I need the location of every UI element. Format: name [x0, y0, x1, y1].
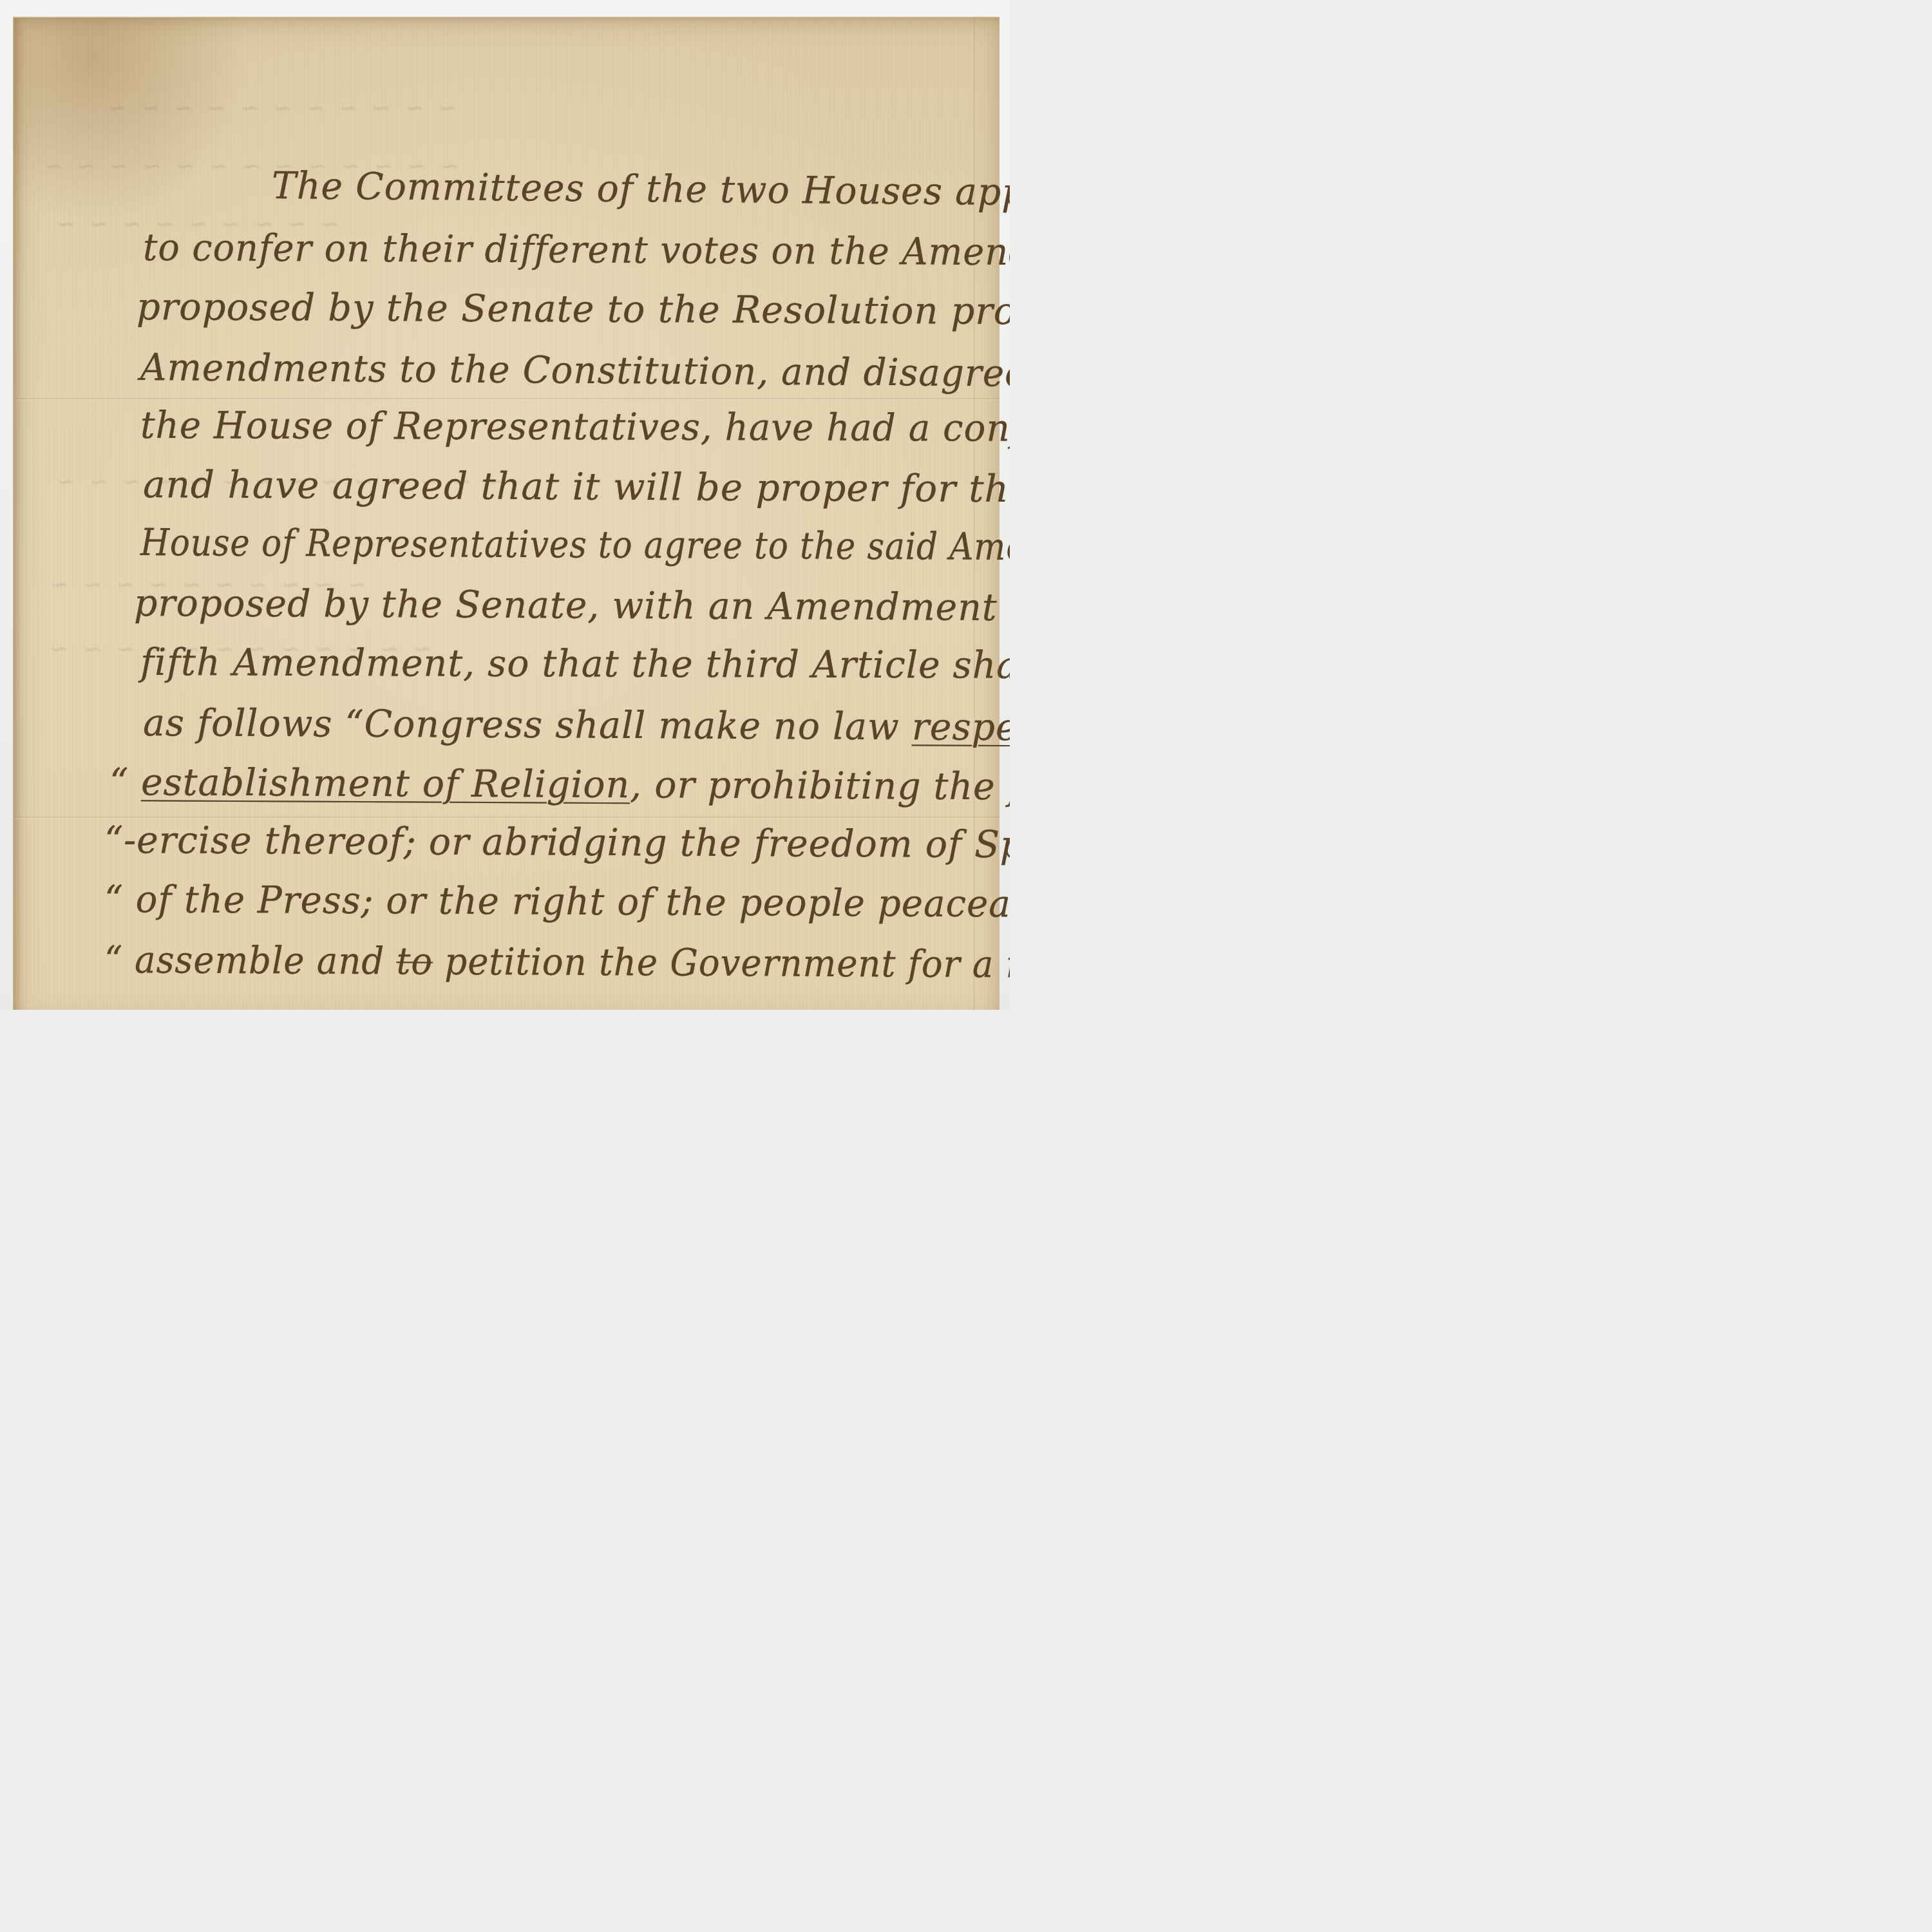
line-text: House of Representatives to agree to the…: [140, 520, 1010, 569]
margin-quote-mark: “: [109, 760, 129, 804]
margin-quote-mark: “: [104, 877, 124, 921]
manuscript-line: and have agreed that it will be proper f…: [143, 462, 1010, 511]
manuscript-line: the House of Representatives, have had a…: [140, 403, 1010, 451]
margin-quote-mark: “: [104, 818, 124, 862]
line-text: , or prohibiting the free ex-: [630, 762, 1010, 809]
line-text: as follows “Congress shall make no law: [143, 701, 912, 748]
manuscript-line: The Committees of the two Houses appoint…: [272, 164, 1010, 215]
manuscript-line: “ assemble and to petition the Governmen…: [104, 938, 1010, 987]
line-text: and have agreed that it will be proper f…: [143, 462, 1010, 511]
manuscript-line: as follows “Congress shall make no law r…: [143, 701, 1010, 750]
line-text: to confer on their different votes on th…: [143, 225, 1010, 274]
struck-text: to: [396, 939, 433, 983]
line-text: of the Press; or the right of the people…: [135, 877, 1010, 926]
manuscript-page: ~ ~ ~ ~ ~ ~ ~ ~ ~ ~ ~ ~ ~ ~ ~ ~ ~ ~ ~ ~ …: [13, 17, 999, 1010]
manuscript-line: “ of the Press; or the right of the peop…: [104, 877, 1010, 926]
manuscript-line: House of Representatives to agree to the…: [140, 520, 1010, 569]
line-text: The Committees of the two Houses appoint…: [272, 164, 1010, 215]
line-text: -ercise thereof; or abridging the freedo…: [124, 818, 1010, 867]
line-text: proposed by the Senate, with an Amendmen…: [134, 581, 1010, 630]
margin-quote-mark: “: [104, 938, 123, 981]
manuscript-line: proposed by the Senate, with an Amendmen…: [134, 581, 1010, 630]
underlined-text: respecting an: [912, 705, 1010, 750]
line-text: fifth Amendment, so that the third Artic…: [140, 640, 1010, 687]
manuscript-line: to confer on their different votes on th…: [143, 225, 1010, 274]
line-text: proposed by the Senate to the Resolution…: [137, 285, 1010, 334]
manuscript-text: The Committees of the two Houses appoint…: [14, 18, 999, 1010]
line-text: the House of Representatives, have had a…: [140, 403, 1010, 451]
manuscript-line: fifth Amendment, so that the third Artic…: [140, 640, 1010, 687]
line-text: petition the Government for a redress: [433, 940, 1010, 987]
manuscript-line: “-ercise thereof; or abridging the freed…: [104, 818, 1010, 867]
manuscript-line: “ establishment of Religion, or prohibit…: [109, 760, 1010, 809]
line-text: assemble and: [135, 938, 397, 983]
manuscript-line: proposed by the Senate to the Resolution…: [137, 285, 1010, 334]
underlined-text: establishment of Religion: [141, 760, 630, 806]
manuscript-line: Amendments to the Constitution, and disa…: [140, 345, 1010, 396]
line-text: Amendments to the Constitution, and disa…: [140, 345, 1010, 396]
